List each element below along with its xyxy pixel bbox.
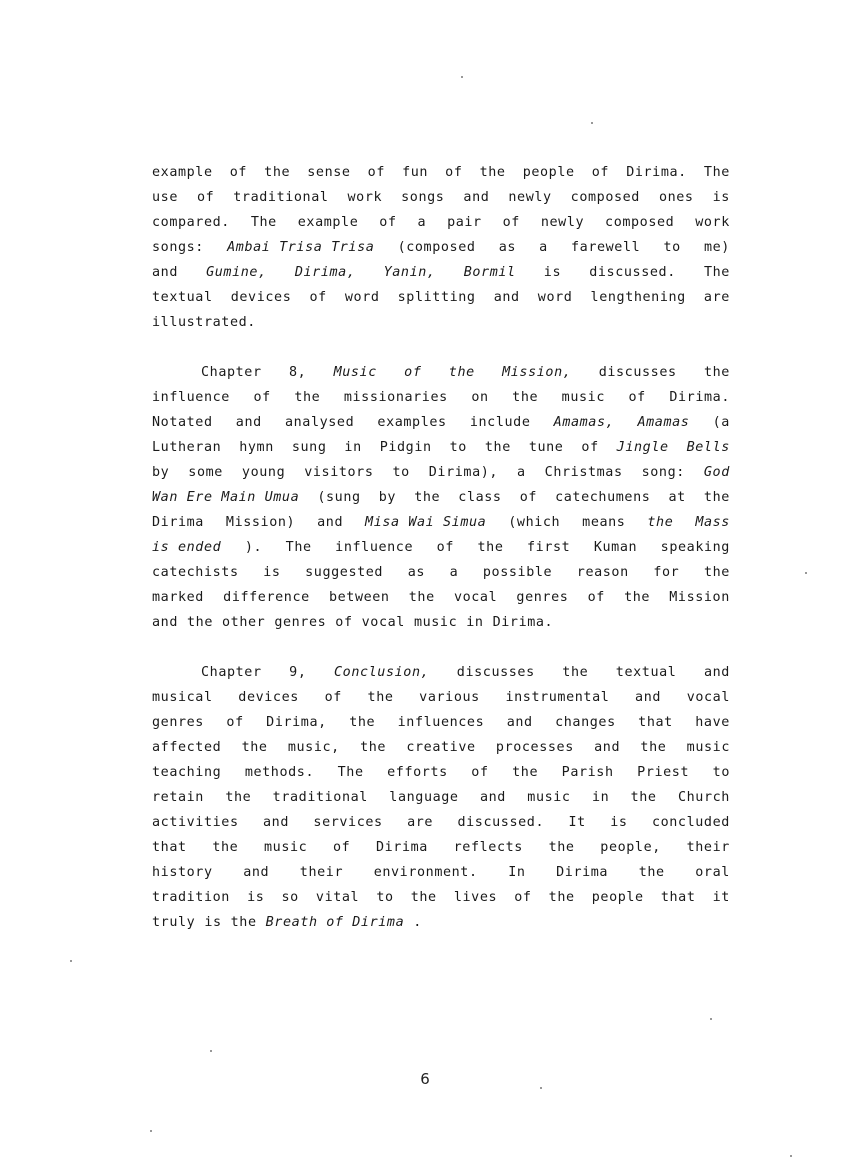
paragraph-summary-continued: exampleofthesenseoffunofthepeopleofDirim… bbox=[152, 160, 730, 335]
word: and bbox=[704, 660, 730, 685]
word: of bbox=[471, 760, 488, 785]
word: the bbox=[704, 560, 730, 585]
word: creative bbox=[406, 735, 475, 760]
word: efforts bbox=[387, 760, 448, 785]
word: of bbox=[445, 160, 462, 185]
word: processes bbox=[496, 735, 574, 760]
scan-speck bbox=[591, 122, 593, 124]
word: and bbox=[152, 610, 178, 635]
word: catechists bbox=[152, 560, 239, 585]
page-number: 6 bbox=[0, 1070, 850, 1088]
word: Priest bbox=[637, 760, 689, 785]
word: song: bbox=[642, 460, 685, 485]
scan-speck bbox=[540, 1087, 542, 1089]
word: lives bbox=[454, 885, 497, 910]
word: sung bbox=[292, 435, 327, 460]
word: affected bbox=[152, 735, 221, 760]
word: suggested bbox=[305, 560, 383, 585]
word: Dirima bbox=[556, 860, 608, 885]
word: the bbox=[212, 835, 238, 860]
word: musical bbox=[152, 685, 213, 710]
text-line: Wan Ere Main Umua(sungbytheclassofcatech… bbox=[152, 485, 730, 510]
word: history bbox=[152, 860, 213, 885]
word: the bbox=[512, 760, 538, 785]
word: as bbox=[408, 560, 425, 585]
text-line: bysomeyoungvisitorstoDirima),aChristmass… bbox=[152, 460, 730, 485]
word: Dirima. bbox=[493, 610, 554, 635]
word: to bbox=[663, 235, 680, 260]
word: The bbox=[704, 160, 730, 185]
word: and bbox=[263, 810, 289, 835]
italic-title: of bbox=[404, 360, 421, 385]
word: vital bbox=[316, 885, 359, 910]
word: to bbox=[713, 760, 730, 785]
word: reflects bbox=[454, 835, 523, 860]
word: vocal bbox=[454, 585, 497, 610]
word: the bbox=[411, 885, 437, 910]
word: services bbox=[313, 810, 382, 835]
word: composed bbox=[605, 210, 674, 235]
word: tradition bbox=[152, 885, 230, 910]
word: environment. bbox=[374, 860, 478, 885]
word: work bbox=[348, 185, 383, 210]
word: the bbox=[360, 735, 386, 760]
word: (sung bbox=[317, 485, 360, 510]
word: in bbox=[344, 435, 361, 460]
word: and bbox=[480, 785, 506, 810]
word: and bbox=[507, 710, 533, 735]
word: discussed. bbox=[457, 810, 544, 835]
word: of bbox=[581, 435, 598, 460]
word: of bbox=[379, 210, 396, 235]
word: influences bbox=[398, 710, 485, 735]
word: discusses bbox=[457, 660, 535, 685]
word: . bbox=[413, 910, 422, 935]
text-line: retainthetraditionallanguageandmusicinth… bbox=[152, 785, 730, 810]
word: discusses bbox=[599, 360, 677, 385]
word: speaking bbox=[661, 535, 730, 560]
word: Dirima. bbox=[626, 160, 687, 185]
word: me) bbox=[704, 235, 730, 260]
word: analysed bbox=[285, 410, 354, 435]
word: language bbox=[389, 785, 458, 810]
word: between bbox=[329, 585, 390, 610]
word: include bbox=[470, 410, 531, 435]
word: at bbox=[668, 485, 685, 510]
word: truly bbox=[152, 910, 195, 935]
word: the bbox=[639, 860, 665, 885]
italic-title: Gumine, bbox=[206, 260, 267, 285]
word: and bbox=[594, 735, 620, 760]
word: that bbox=[638, 710, 673, 735]
italic-title: Wan Ere Main Umua bbox=[152, 485, 299, 510]
text-line: historyandtheirenvironment.InDirimatheor… bbox=[152, 860, 730, 885]
word: is bbox=[713, 185, 730, 210]
word: reason bbox=[577, 560, 629, 585]
text-line: textualdevicesofwordsplittingandwordleng… bbox=[152, 285, 730, 310]
word: that bbox=[661, 885, 696, 910]
word: sense bbox=[307, 160, 350, 185]
word: by bbox=[152, 460, 169, 485]
word: of bbox=[230, 160, 247, 185]
italic-title: is ended bbox=[152, 535, 221, 560]
word: The bbox=[704, 260, 730, 285]
word: Dirima. bbox=[669, 385, 730, 410]
word: so bbox=[281, 885, 298, 910]
word: textual bbox=[616, 660, 677, 685]
word: example bbox=[298, 210, 359, 235]
word: (which bbox=[508, 510, 560, 535]
word: Kuman bbox=[594, 535, 637, 560]
word: have bbox=[695, 710, 730, 735]
document-page: exampleofthesenseoffunofthepeopleofDirim… bbox=[0, 0, 850, 1169]
word: music bbox=[687, 735, 730, 760]
word: of bbox=[503, 210, 520, 235]
word: missionaries bbox=[344, 385, 448, 410]
scan-speck bbox=[710, 1018, 712, 1020]
word: the bbox=[368, 685, 394, 710]
scan-speck bbox=[150, 1130, 152, 1132]
word: of bbox=[197, 185, 214, 210]
text-line: is ended).TheinfluenceofthefirstKumanspe… bbox=[152, 535, 730, 560]
text-line: Chapter8,MusicoftheMission,discussesthe bbox=[152, 360, 730, 385]
word: and bbox=[152, 260, 178, 285]
word: catechumens bbox=[555, 485, 650, 510]
word: Parish bbox=[562, 760, 614, 785]
word: (a bbox=[713, 410, 730, 435]
word: fun bbox=[402, 160, 428, 185]
word: a bbox=[418, 210, 427, 235]
word: Mission bbox=[669, 585, 730, 610]
word: oral bbox=[695, 860, 730, 885]
word: the bbox=[549, 885, 575, 910]
word: are bbox=[407, 810, 433, 835]
word: of bbox=[309, 285, 326, 310]
italic-title: God bbox=[704, 460, 730, 485]
word: music bbox=[562, 385, 605, 410]
word: instrumental bbox=[505, 685, 609, 710]
text-line: influenceofthemissionariesonthemusicofDi… bbox=[152, 385, 730, 410]
word: genres bbox=[274, 610, 326, 635]
word: music bbox=[414, 610, 457, 635]
word: a bbox=[450, 560, 459, 585]
word: pair bbox=[447, 210, 482, 235]
word: of bbox=[253, 385, 270, 410]
word: influence bbox=[335, 535, 413, 560]
word: the bbox=[624, 585, 650, 610]
word: In bbox=[508, 860, 525, 885]
word: for bbox=[653, 560, 679, 585]
word: genres bbox=[516, 585, 568, 610]
word: young bbox=[242, 460, 285, 485]
word: possible bbox=[483, 560, 552, 585]
word: and bbox=[317, 510, 343, 535]
word: in bbox=[592, 785, 609, 810]
word: the bbox=[294, 385, 320, 410]
word: of bbox=[437, 535, 454, 560]
word: people bbox=[523, 160, 575, 185]
word: (composed bbox=[398, 235, 476, 260]
word: a bbox=[517, 460, 526, 485]
italic-title: Breath of Dirima bbox=[266, 910, 405, 935]
word: of bbox=[592, 160, 609, 185]
word: the bbox=[640, 735, 666, 760]
paragraph-chapter-9: Chapter9,Conclusion,discussesthetextuala… bbox=[152, 660, 730, 935]
word: textual bbox=[152, 285, 213, 310]
word: it bbox=[713, 885, 730, 910]
word: of bbox=[588, 585, 605, 610]
word: compared. bbox=[152, 210, 230, 235]
italic-title: Bells bbox=[687, 435, 730, 460]
word: Lutheran bbox=[152, 435, 221, 460]
word: a bbox=[539, 235, 548, 260]
italic-title: Mass bbox=[695, 510, 730, 535]
word: is bbox=[544, 260, 561, 285]
word: work bbox=[695, 210, 730, 235]
word: by bbox=[379, 485, 396, 510]
word: is bbox=[610, 810, 627, 835]
text-line: traditionissovitaltothelivesofthepeoplet… bbox=[152, 885, 730, 910]
word: music bbox=[264, 835, 307, 860]
italic-title: Music bbox=[334, 360, 377, 385]
word: visitors bbox=[304, 460, 373, 485]
word: of bbox=[368, 160, 385, 185]
italic-title: Mission, bbox=[502, 360, 571, 385]
word: to bbox=[376, 885, 393, 910]
word: difference bbox=[223, 585, 310, 610]
word: newly bbox=[508, 185, 551, 210]
scan-speck bbox=[70, 960, 72, 962]
word: the bbox=[231, 910, 257, 935]
word: the bbox=[264, 160, 290, 185]
word: is bbox=[263, 560, 280, 585]
word: as bbox=[499, 235, 516, 260]
word: influence bbox=[152, 385, 230, 410]
italic-title: Dirima, bbox=[295, 260, 356, 285]
word: examples bbox=[377, 410, 446, 435]
word: the bbox=[480, 160, 506, 185]
word: Chapter bbox=[201, 660, 262, 685]
word: example bbox=[152, 160, 213, 185]
scan-speck bbox=[805, 572, 807, 574]
word: Dirima bbox=[376, 835, 428, 860]
word: Dirima, bbox=[266, 710, 327, 735]
word: traditional bbox=[273, 785, 368, 810]
word: other bbox=[222, 610, 265, 635]
word: and bbox=[463, 185, 489, 210]
word: tune bbox=[529, 435, 564, 460]
word: are bbox=[704, 285, 730, 310]
word: the bbox=[187, 610, 213, 635]
text-line: trulyistheBreath of Dirima. bbox=[152, 910, 730, 935]
word: ). bbox=[245, 535, 262, 560]
word: music, bbox=[288, 735, 340, 760]
text-line: DirimaMission)andMisa Wai Simua(whichmea… bbox=[152, 510, 730, 535]
word: traditional bbox=[233, 185, 328, 210]
word: Dirima bbox=[152, 510, 204, 535]
italic-title: Misa Wai Simua bbox=[365, 510, 486, 535]
word: first bbox=[527, 535, 570, 560]
word: composed bbox=[571, 185, 640, 210]
word: of bbox=[520, 485, 537, 510]
scan-speck bbox=[461, 76, 463, 78]
word: the bbox=[512, 385, 538, 410]
word: of bbox=[325, 685, 342, 710]
word: the bbox=[349, 710, 375, 735]
word: on bbox=[471, 385, 488, 410]
text-line: affectedthemusic,thecreativeprocessesand… bbox=[152, 735, 730, 760]
italic-title: Jingle bbox=[617, 435, 669, 460]
word: newly bbox=[541, 210, 584, 235]
word: that bbox=[152, 835, 187, 860]
word: The bbox=[338, 760, 364, 785]
word: farewell bbox=[571, 235, 640, 260]
text-line: andGumine,Dirima,Yanin,Bormilisdiscussed… bbox=[152, 260, 730, 285]
word: the bbox=[485, 435, 511, 460]
word: the bbox=[225, 785, 251, 810]
word: concluded bbox=[652, 810, 730, 835]
word: teaching bbox=[152, 760, 221, 785]
text-line: thatthemusicofDirimareflectsthepeople,th… bbox=[152, 835, 730, 860]
word: people bbox=[592, 885, 644, 910]
word: the bbox=[704, 360, 730, 385]
text-line: musicaldevicesofthevariousinstrumentalan… bbox=[152, 685, 730, 710]
text-line: compared.Theexampleofapairofnewlycompose… bbox=[152, 210, 730, 235]
word: Christmas bbox=[545, 460, 623, 485]
word: is bbox=[247, 885, 264, 910]
word: songs: bbox=[152, 235, 204, 260]
italic-title: the bbox=[647, 510, 673, 535]
word: means bbox=[582, 510, 625, 535]
italic-title: Conclusion, bbox=[334, 660, 429, 685]
word: songs bbox=[401, 185, 444, 210]
text-line: genresofDirima,theinfluencesandchangesth… bbox=[152, 710, 730, 735]
word: Dirima), bbox=[429, 460, 498, 485]
word: use bbox=[152, 185, 178, 210]
word: hymn bbox=[239, 435, 274, 460]
word: 9, bbox=[289, 660, 306, 685]
word: the bbox=[409, 585, 435, 610]
text-line: useoftraditionalworksongsandnewlycompose… bbox=[152, 185, 730, 210]
word: the bbox=[562, 660, 588, 685]
word: vocal bbox=[687, 685, 730, 710]
italic-title: Yanin, bbox=[384, 260, 436, 285]
text-line: LutheranhymnsunginPidgintothetuneofJingl… bbox=[152, 435, 730, 460]
word: ones bbox=[659, 185, 694, 210]
text-line: andtheothergenresofvocalmusicinDirima. bbox=[152, 610, 730, 635]
word: marked bbox=[152, 585, 204, 610]
word: their bbox=[687, 835, 730, 860]
word: is bbox=[204, 910, 221, 935]
text-line: NotatedandanalysedexamplesincludeAmamas,… bbox=[152, 410, 730, 435]
word: the bbox=[549, 835, 575, 860]
word: of bbox=[629, 385, 646, 410]
word: Mission) bbox=[226, 510, 295, 535]
scan-speck bbox=[210, 1050, 212, 1052]
word: Pidgin bbox=[380, 435, 432, 460]
word: and bbox=[494, 285, 520, 310]
text-line: illustrated. bbox=[152, 310, 730, 335]
text-line: activitiesandservicesarediscussed.Itisco… bbox=[152, 810, 730, 835]
text-line: songs:Ambai Trisa Trisa(composedasafarew… bbox=[152, 235, 730, 260]
word: retain bbox=[152, 785, 204, 810]
word: the bbox=[704, 485, 730, 510]
word: and bbox=[243, 860, 269, 885]
word: changes bbox=[555, 710, 616, 735]
word: and bbox=[236, 410, 262, 435]
italic-title: Ambai Trisa Trisa bbox=[227, 235, 374, 260]
word: the bbox=[631, 785, 657, 810]
word: genres bbox=[152, 710, 204, 735]
word: and bbox=[635, 685, 661, 710]
word: devices bbox=[238, 685, 299, 710]
scan-speck bbox=[790, 1155, 792, 1157]
word: Notated bbox=[152, 410, 213, 435]
italic-title: Bormil bbox=[464, 260, 516, 285]
word: word bbox=[538, 285, 573, 310]
word: It bbox=[569, 810, 586, 835]
italic-title: the bbox=[449, 360, 475, 385]
word: word bbox=[345, 285, 380, 310]
word: to bbox=[450, 435, 467, 460]
word: of bbox=[514, 885, 531, 910]
word: some bbox=[188, 460, 223, 485]
word: The bbox=[251, 210, 277, 235]
word: music bbox=[527, 785, 570, 810]
word: the bbox=[414, 485, 440, 510]
italic-title: Amamas, bbox=[554, 410, 615, 435]
word: Chapter bbox=[201, 360, 262, 385]
word: various bbox=[419, 685, 480, 710]
word: discussed. bbox=[589, 260, 676, 285]
paragraph-chapter-8: Chapter8,MusicoftheMission,discussesthei… bbox=[152, 360, 730, 635]
word: illustrated. bbox=[152, 310, 256, 335]
word: 8, bbox=[289, 360, 306, 385]
word: of bbox=[335, 610, 352, 635]
word: their bbox=[300, 860, 343, 885]
word: class bbox=[458, 485, 501, 510]
word: lengthening bbox=[591, 285, 686, 310]
word: devices bbox=[231, 285, 292, 310]
italic-title: Amamas bbox=[637, 410, 689, 435]
word: activities bbox=[152, 810, 239, 835]
word: in bbox=[466, 610, 483, 635]
word: of bbox=[226, 710, 243, 735]
word: the bbox=[242, 735, 268, 760]
word: to bbox=[392, 460, 409, 485]
word: The bbox=[286, 535, 312, 560]
text-line: markeddifferencebetweenthevocalgenresoft… bbox=[152, 585, 730, 610]
word: people, bbox=[600, 835, 661, 860]
word: Church bbox=[678, 785, 730, 810]
text-line: catechistsissuggestedasapossiblereasonfo… bbox=[152, 560, 730, 585]
word: vocal bbox=[362, 610, 405, 635]
word: methods. bbox=[245, 760, 314, 785]
word: splitting bbox=[398, 285, 476, 310]
word: the bbox=[478, 535, 504, 560]
word: of bbox=[333, 835, 350, 860]
text-line: Chapter9,Conclusion,discussesthetextuala… bbox=[152, 660, 730, 685]
text-line: exampleofthesenseoffunofthepeopleofDirim… bbox=[152, 160, 730, 185]
text-line: teachingmethods.TheeffortsoftheParishPri… bbox=[152, 760, 730, 785]
